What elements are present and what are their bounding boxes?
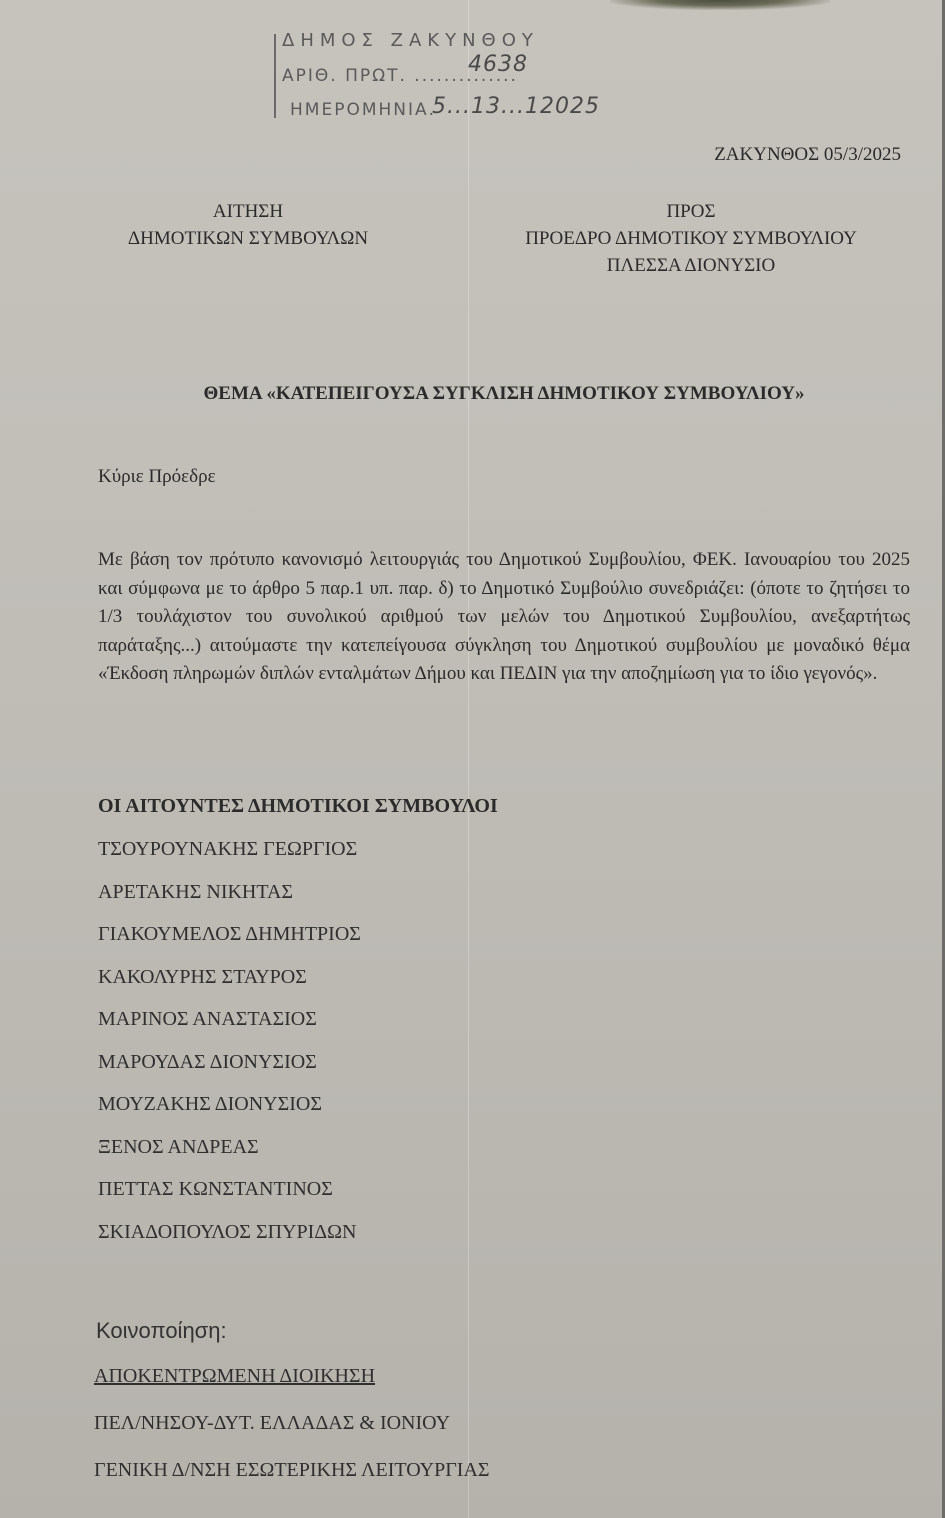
recipient-name: ΠΛΕΣΣΑ ΔΙΟΝΥΣΙΟ [480, 252, 902, 279]
signatory-name: ΚΑΚΟΛΥΡΗΣ ΣΤΑΥΡΟΣ [98, 956, 361, 999]
notification-label: Κοινοποίηση: [96, 1318, 227, 1344]
signatory-name: ΑΡΕΤΑΚΗΣ ΝΙΚΗΤΑΣ [98, 871, 361, 914]
paper-fold [468, 0, 469, 1518]
recipient-title: ΠΡΟΕΔΡΟ ΔΗΜΟΤΙΚΟΥ ΣΥΜΒΟΥΛΙΟΥ [480, 225, 902, 252]
page-shadow [610, 0, 830, 10]
signatory-name: ΞΕΝΟΣ ΑΝΔΡΕΑΣ [98, 1126, 361, 1169]
stamp-date-label: ΗΜΕΡΟΜΗΝΙΑ. [290, 100, 436, 120]
sender-block: ΑΙΤΗΣΗ ΔΗΜΟΤΙΚΩΝ ΣΥΜΒΟΥΛΩΝ [98, 198, 398, 252]
signatory-name: ΣΚΙΑΔΟΠΟΥΛΟΣ ΣΠΥΡΙΔΩΝ [98, 1211, 361, 1254]
place-date: ΖΑΚΥΝΘΟΣ 05/3/2025 [714, 144, 901, 166]
signatory-name: ΜΟΥΖΑΚΗΣ ΔΙΟΝΥΣΙΟΣ [98, 1083, 361, 1126]
signatories-heading: ΟΙ ΑΙΤΟΥΝΤΕΣ ΔΗΜΟΤΙΚΟΙ ΣΥΜΒΟΥΛΟΙ [98, 795, 498, 818]
sender-title: ΑΙΤΗΣΗ [98, 198, 398, 225]
signatories-list: ΤΣΟΥΡΟΥΝΑΚΗΣ ΓΕΩΡΓΙΟΣ ΑΡΕΤΑΚΗΣ ΝΙΚΗΤΑΣ Γ… [98, 828, 361, 1253]
signatory-name: ΜΑΡΟΥΔΑΣ ΔΙΟΝΥΣΙΟΣ [98, 1041, 361, 1084]
recipient-block: ΠΡΟΣ ΠΡΟΕΔΡΟ ΔΗΜΟΤΙΚΟΥ ΣΥΜΒΟΥΛΙΟΥ ΠΛΕΣΣΑ… [480, 198, 902, 279]
signatory-name: ΤΣΟΥΡΟΥΝΑΚΗΣ ΓΕΩΡΓΙΟΣ [98, 828, 361, 871]
notification-recipient: ΠΕΛ/ΝΗΣΟΥ-ΔΥΤ. ΕΛΛΑΔΑΣ & ΙΟΝΙΟΥ [94, 1412, 450, 1435]
stamp-protocol-number: 4638 [468, 52, 528, 77]
stamp-border [274, 34, 276, 118]
signatory-name: ΜΑΡΙΝΟΣ ΑΝΑΣΤΑΣΙΟΣ [98, 998, 361, 1041]
subject-line: ΘΕΜΑ «ΚΑΤΕΠΕΙΓΟΥΣΑ ΣΥΓΚΛΙΣΗ ΔΗΜΟΤΙΚΟΥ ΣΥ… [98, 383, 910, 405]
sender-name: ΔΗΜΟΤΙΚΩΝ ΣΥΜΒΟΥΛΩΝ [98, 225, 398, 252]
signatory-name: ΓΙΑΚΟΥΜΕΛΟΣ ΔΗΜΗΤΡΙΟΣ [98, 913, 361, 956]
body-paragraph: Με βάση τον πρότυπο κανονισμό λειτουργιά… [98, 546, 910, 689]
signatory-name: ΠΕΤΤΑΣ ΚΩΝΣΤΑΝΤΙΝΟΣ [98, 1168, 361, 1211]
notification-recipient: ΑΠΟΚΕΝΤΡΩΜΕΝΗ ΔΙΟΙΚΗΣΗ [94, 1365, 375, 1388]
notification-recipient: ΓΕΝΙΚΗ Δ/ΝΣΗ ΕΣΩΤΕΡΙΚΗΣ ΛΕΙΤΟΥΡΓΙΑΣ [94, 1459, 490, 1482]
recipient-label: ΠΡΟΣ [480, 198, 902, 225]
stamp-municipality: ΔΗΜΟΣ ΖΑΚΥΝΘΟΥ [282, 30, 539, 51]
stamp-date-value: 5...13...12025 [432, 94, 600, 119]
salutation: Κύριε Πρόεδρε [98, 466, 216, 488]
